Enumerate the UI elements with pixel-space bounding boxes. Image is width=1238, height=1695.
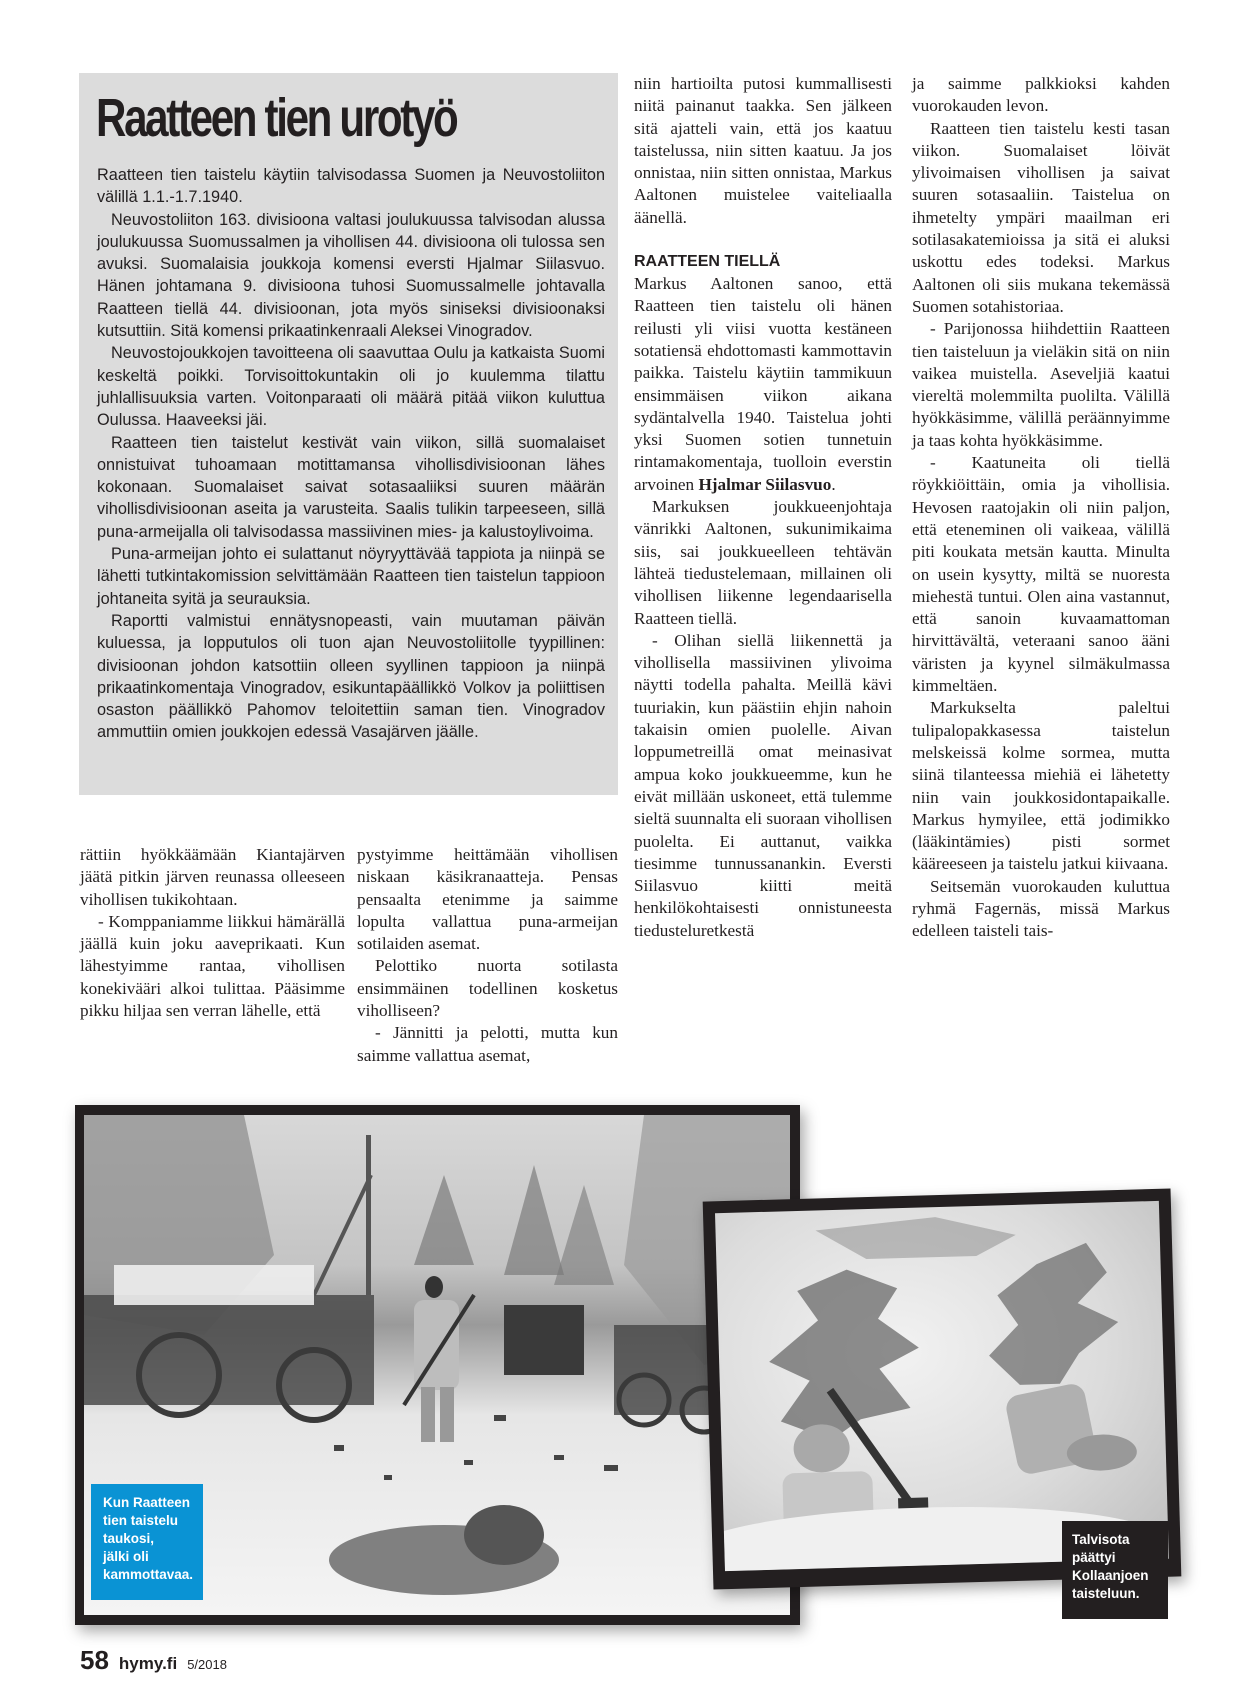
body-paragraph: Markuksen joukkueenjohtaja vänrikki Aalt… bbox=[634, 496, 892, 630]
page-footer: 58 hymy.fi 5/2018 bbox=[80, 1645, 227, 1676]
person-name-bold: Hjalmar Siilasvuo bbox=[698, 475, 831, 494]
body-paragraph: - Parijonossa hiihdettiin Raatteen tien … bbox=[912, 318, 1170, 452]
body-paragraph: - Kaatuneita oli tiellä röykkiöittäin, o… bbox=[912, 452, 1170, 697]
caption-line: kammottavaa. bbox=[103, 1566, 195, 1584]
article-column-2: pystyimme heittämään vihollisen niskaan … bbox=[357, 844, 618, 1067]
sidebar-paragraph: Puna-armeijan johto ei sulattanut nöyryy… bbox=[97, 543, 605, 610]
body-text: . bbox=[831, 475, 835, 494]
body-paragraph: Pelottiko nuorta sotilasta ensimmäinen t… bbox=[357, 955, 618, 1022]
headline: Raatteen tien urotyö bbox=[96, 88, 456, 148]
snow-trench-photo-illustration bbox=[715, 1201, 1169, 1571]
sidebar-paragraph: Raportti valmistui ennätysnopeasti, vain… bbox=[97, 610, 605, 744]
page-number: 58 bbox=[80, 1645, 109, 1676]
sidebar-paragraph: Raatteen tien taistelut kestivät vain vi… bbox=[97, 432, 605, 543]
body-text: Markus Aaltonen sanoo, että Raatteen tie… bbox=[634, 274, 892, 494]
caption-line: tien taistelu bbox=[103, 1512, 195, 1530]
article-column-3: niin hartioilta putosi kummallisesti nii… bbox=[634, 73, 892, 942]
publication-site: hymy.fi bbox=[119, 1654, 177, 1674]
caption-line: taisteluun. bbox=[1072, 1585, 1162, 1603]
caption-line: jälki oli bbox=[103, 1548, 195, 1566]
snow-trench-photo bbox=[715, 1201, 1169, 1571]
caption-line: Kollaanjoen bbox=[1072, 1567, 1162, 1585]
article-column-4: ja saimme palkkioksi kahden vuorokauden … bbox=[912, 73, 1170, 943]
body-paragraph: - Jännitti ja pelotti, mutta kun saimme … bbox=[357, 1022, 618, 1067]
body-paragraph: rättiin hyökkäämään Kiantajärven jäätä p… bbox=[80, 844, 345, 911]
body-paragraph: pystyimme heittämään vihollisen niskaan … bbox=[357, 844, 618, 955]
sidebar-text: Raatteen tien taistelu käytiin talvisoda… bbox=[97, 164, 605, 744]
body-paragraph: Markukselta paleltui tulipalopakkasessa … bbox=[912, 697, 1170, 875]
body-paragraph: - Olihan siellä liikennettä ja vihollise… bbox=[634, 630, 892, 942]
article-column-1: rättiin hyökkäämään Kiantajärven jäätä p… bbox=[80, 844, 345, 1022]
sidebar-paragraph: Raatteen tien taistelu käytiin talvisoda… bbox=[97, 164, 605, 209]
caption-line: Talvisota bbox=[1072, 1531, 1162, 1549]
body-paragraph: niin hartioilta putosi kummallisesti nii… bbox=[634, 73, 892, 229]
body-paragraph: - Komppaniamme liikkui hämärällä jäällä … bbox=[80, 911, 345, 1022]
body-paragraph: Markus Aaltonen sanoo, että Raatteen tie… bbox=[634, 273, 892, 496]
inset-photo-caption: Talvisota päättyi Kollaanjoen taisteluun… bbox=[1062, 1521, 1168, 1619]
main-photo-caption: Kun Raatteen tien taistelu taukosi, jälk… bbox=[91, 1484, 203, 1600]
body-paragraph: Raatteen tien taistelu kesti tasan viiko… bbox=[912, 118, 1170, 319]
caption-line: taukosi, bbox=[103, 1530, 195, 1548]
body-paragraph: ja saimme palkkioksi kahden vuorokauden … bbox=[912, 73, 1170, 118]
caption-line: Kun Raatteen bbox=[103, 1494, 195, 1512]
sidebar-paragraph: Neuvostoliiton 163. divisioona valtasi j… bbox=[97, 209, 605, 343]
body-paragraph: Seitsemän vuorokauden kuluttua ryhmä Fag… bbox=[912, 876, 1170, 943]
sidebar-paragraph: Neuvostojoukkojen tavoitteena oli saavut… bbox=[97, 342, 605, 431]
section-subheading: RAATTEEN TIELLÄ bbox=[634, 251, 892, 273]
caption-line: päättyi bbox=[1072, 1549, 1162, 1567]
issue-number: 5/2018 bbox=[187, 1657, 227, 1672]
